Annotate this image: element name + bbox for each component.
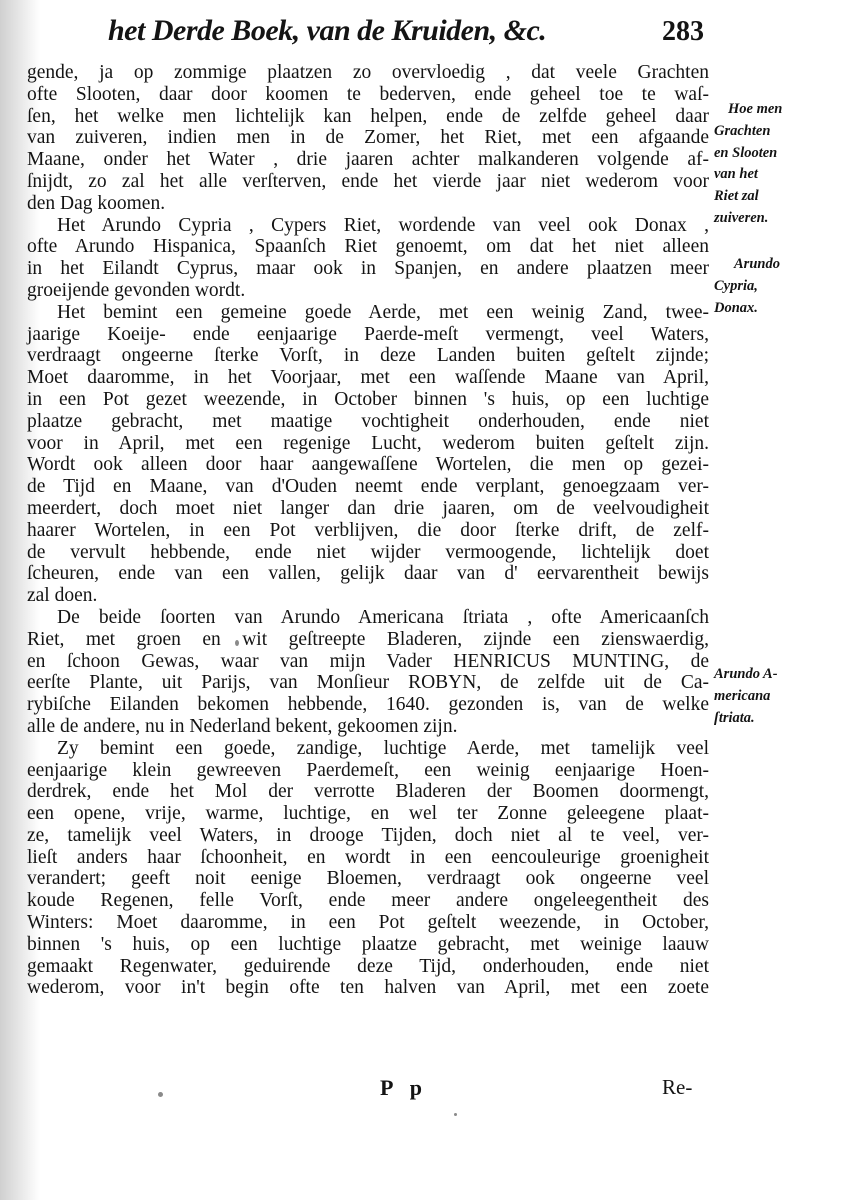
page-header: het Derde Boek, van de Kruiden, &c. 283 (0, 0, 854, 60)
margin-note-line: zuiveren. (714, 208, 814, 230)
text-line: zal doen. (27, 585, 709, 607)
text-line: ofte Slooten, daar door koomen te bederv… (27, 84, 709, 106)
text-line: van zuiveren, indien men in de Zomer, he… (27, 127, 709, 149)
margin-note-arundo-cypria: Arundo Cypria, Donax. (714, 254, 814, 319)
margin-note-line: Hoe men (714, 99, 814, 121)
text-line: den Dag koomen. (27, 193, 709, 215)
text-line: voor in April, met een regenige Lucht, w… (27, 433, 709, 455)
text-line (27, 999, 709, 1021)
text-line: de vervult hebbende, ende niet wijder ve… (27, 542, 709, 564)
margin-note-line: Donax. (714, 298, 814, 320)
text-line: de Tijd en Maane, van d'Ouden neemt ende… (27, 476, 709, 498)
text-line: Riet, met groen en wit geſtreepte Blader… (27, 629, 709, 651)
paragraph-start-line: De beide ſoorten van Arundo Americana ſt… (27, 607, 709, 629)
text-line: eenjaarige klein gewreeven Paerdemeſt, e… (27, 760, 709, 782)
text-line: verdraagt ongeerne ſterke Vorſt, in deze… (27, 345, 709, 367)
margin-note-arundo-americana: Arundo A- mericana ſtriata. (714, 664, 814, 729)
margin-note-line: mericana (714, 686, 814, 708)
paragraph-start-line: Het Arundo Cypria , Cypers Riet, wordend… (27, 215, 709, 237)
running-head: het Derde Boek, van de Kruiden, &c. (108, 14, 546, 48)
text-line: in een Pot gezet weezende, in October bi… (27, 389, 709, 411)
text-line: meerdert, doch moet niet langer dan drie… (27, 498, 709, 520)
margin-note-line: Cypria, (714, 276, 814, 298)
text-line: Winters: Moet daaromme, in een Pot geſte… (27, 912, 709, 934)
scan-speck (454, 1113, 457, 1116)
margin-note-line: Arundo (714, 254, 814, 276)
text-line: plaatze gebracht, met maatige vochtighei… (27, 411, 709, 433)
text-line: en ſchoon Gewas, waar van mijn Vader HEN… (27, 651, 709, 673)
text-line: Moet daaromme, in het Voorjaar, met een … (27, 367, 709, 389)
paragraph-start-line: Het bemint een gemeine goede Aerde, met … (27, 302, 709, 324)
margin-note-line: Grachten (714, 121, 814, 143)
text-line: koude Regenen, felle Vorſt, ende meer an… (27, 890, 709, 912)
catchword: Re- (662, 1075, 692, 1100)
text-line: Wordt ook alleen door haar aangewaſſene … (27, 454, 709, 476)
text-line: binnen 's huis, op een luchtige plaatze … (27, 934, 709, 956)
margin-note-line: Arundo A- (714, 664, 814, 686)
margin-note-line: Riet zal (714, 186, 814, 208)
text-line: rybiſche Eilanden bekomen hebbende, 1640… (27, 694, 709, 716)
text-line: in het Eilandt Cyprus, maar ook in Spanj… (27, 258, 709, 280)
text-line: gende, ja op zommige plaatzen zo overvlo… (27, 62, 709, 84)
margin-note-line: en Slooten (714, 143, 814, 165)
margin-note-ditch-cleaning: Hoe men Grachten en Slooten van het Riet… (714, 99, 814, 230)
text-line: gemaakt Regenwater, geduirende deze Tijd… (27, 956, 709, 978)
text-line: ofte Arundo Hispanica, Spaanſch Riet gen… (27, 236, 709, 258)
text-line: ſnijdt, zo zal het alle verſterven, ende… (27, 171, 709, 193)
text-line: wederom, voor in't begin ofte ten halven… (27, 977, 709, 999)
text-line: Maane, onder het Water , drie jaaren ach… (27, 149, 709, 171)
scan-speck (158, 1092, 163, 1097)
text-line: een opene, vrije, warme, luchtige, en we… (27, 803, 709, 825)
text-line: derdrek, ende het Mol der verrotte Blade… (27, 781, 709, 803)
text-line: groeijende gevonden wordt. (27, 280, 709, 302)
margin-note-line: van het (714, 164, 814, 186)
page-footer: P p Re- (0, 1075, 854, 1105)
text-line: ſen, het welke men lichtelijk kan helpen… (27, 106, 709, 128)
paragraph-start-line: Zy bemint een goede, zandige, luchtige A… (27, 738, 709, 760)
text-line: haarer Wortelen, in een Pot verblijven, … (27, 520, 709, 542)
page-number: 283 (662, 16, 704, 48)
margin-note-line: ſtriata. (714, 708, 814, 730)
text-line: ze, tamelijk veel Waters, in drooge Tijd… (27, 825, 709, 847)
text-line: lieſt anders haar ſchoonheit, en wordt i… (27, 847, 709, 869)
text-line: alle de andere, nu in Nederland bekent, … (27, 716, 709, 738)
signature-mark: P p (380, 1075, 428, 1101)
text-line: jaarige Koeije- ende eenjaarige Paerde-m… (27, 324, 709, 346)
text-line: verandert; geeft noit eenige Bloemen, ve… (27, 868, 709, 890)
text-line: eerſte Plante, uit Parijs, van Monſieur … (27, 672, 709, 694)
body-text: gende, ja op zommige plaatzen zo overvlo… (27, 62, 709, 1021)
text-line: ſcheuren, ende van een vallen, gelijk da… (27, 563, 709, 585)
scan-speck (235, 640, 239, 646)
